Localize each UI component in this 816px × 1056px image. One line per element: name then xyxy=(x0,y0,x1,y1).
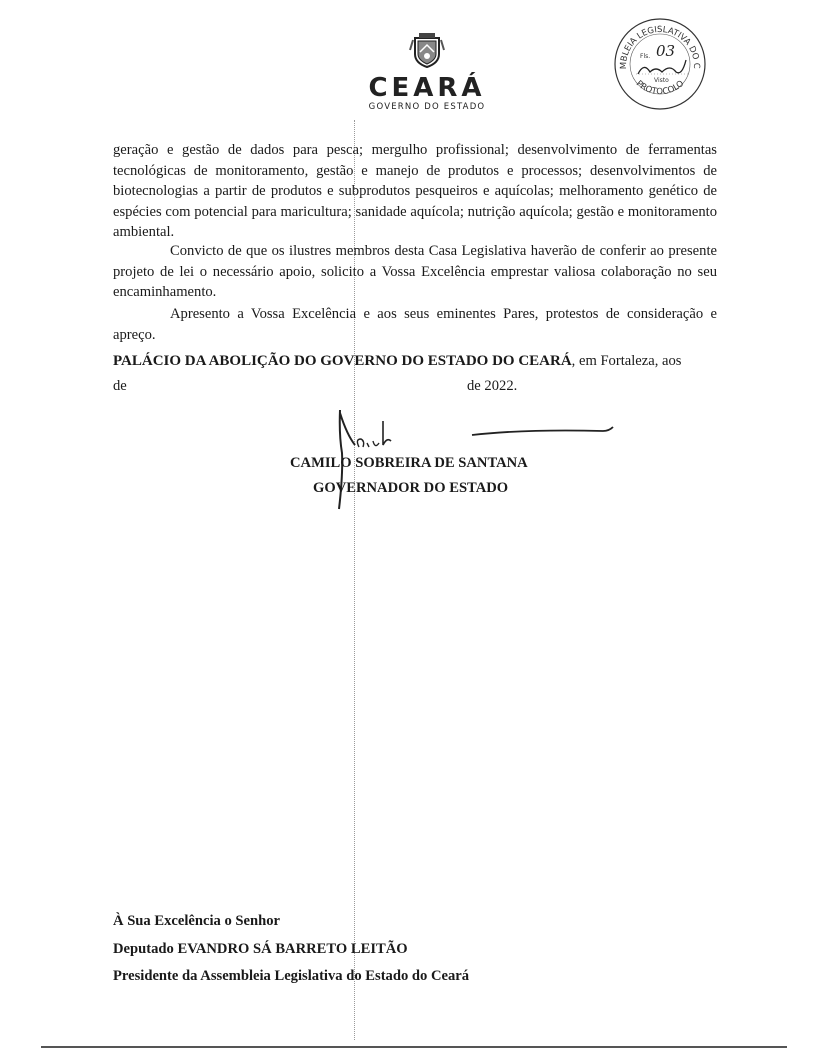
paragraph-text: Apresento a Vossa Excelência e aos seus … xyxy=(113,304,717,345)
body-paragraph-3: Apresento a Vossa Excelência e aos seus … xyxy=(113,304,717,345)
body-paragraph-2: Convicto de que os ilustres membros dest… xyxy=(113,241,717,303)
letterhead-logo: CEARÁ GOVERNO DO ESTADO xyxy=(352,30,502,112)
place-line: PALÁCIO DA ABOLIÇÃO DO GOVERNO DO ESTADO… xyxy=(113,353,719,370)
svg-text:Fls.: Fls. xyxy=(640,53,650,60)
recipient-name: Deputado EVANDRO SÁ BARRETO LEITÃO xyxy=(113,941,408,958)
body-paragraph-1: geração e gestão de dados para pesca; me… xyxy=(113,140,717,243)
paragraph-text: Convicto de que os ilustres membros dest… xyxy=(113,241,717,303)
place-name: PALÁCIO DA ABOLIÇÃO DO GOVERNO DO ESTADO… xyxy=(113,353,572,369)
protocol-stamp-icon: ASSEMBLEIA LEGISLATIVA DO CEARÁ PROTOCOL… xyxy=(612,16,708,112)
place-city: , em Fortaleza, aos xyxy=(572,353,682,369)
footer-rule xyxy=(41,1046,787,1048)
signer-role: GOVERNADOR DO ESTADO xyxy=(313,480,508,497)
svg-text:Visto: Visto xyxy=(654,77,669,84)
paragraph-text: geração e gestão de dados para pesca; me… xyxy=(113,140,717,243)
date-day-label: de xyxy=(113,378,127,395)
brand-subtitle: GOVERNO DO ESTADO xyxy=(352,102,502,112)
recipient-title: Presidente da Assembleia Legislativa do … xyxy=(113,968,469,985)
svg-text:03: 03 xyxy=(656,42,675,60)
brand-name: CEARÁ xyxy=(352,75,502,101)
state-coat-of-arms-icon xyxy=(407,30,447,68)
recipient-salutation: À Sua Excelência o Senhor xyxy=(113,913,280,930)
signer-name: CAMILO SOBREIRA DE SANTANA xyxy=(290,455,528,472)
date-year-label: de 2022. xyxy=(467,378,517,395)
